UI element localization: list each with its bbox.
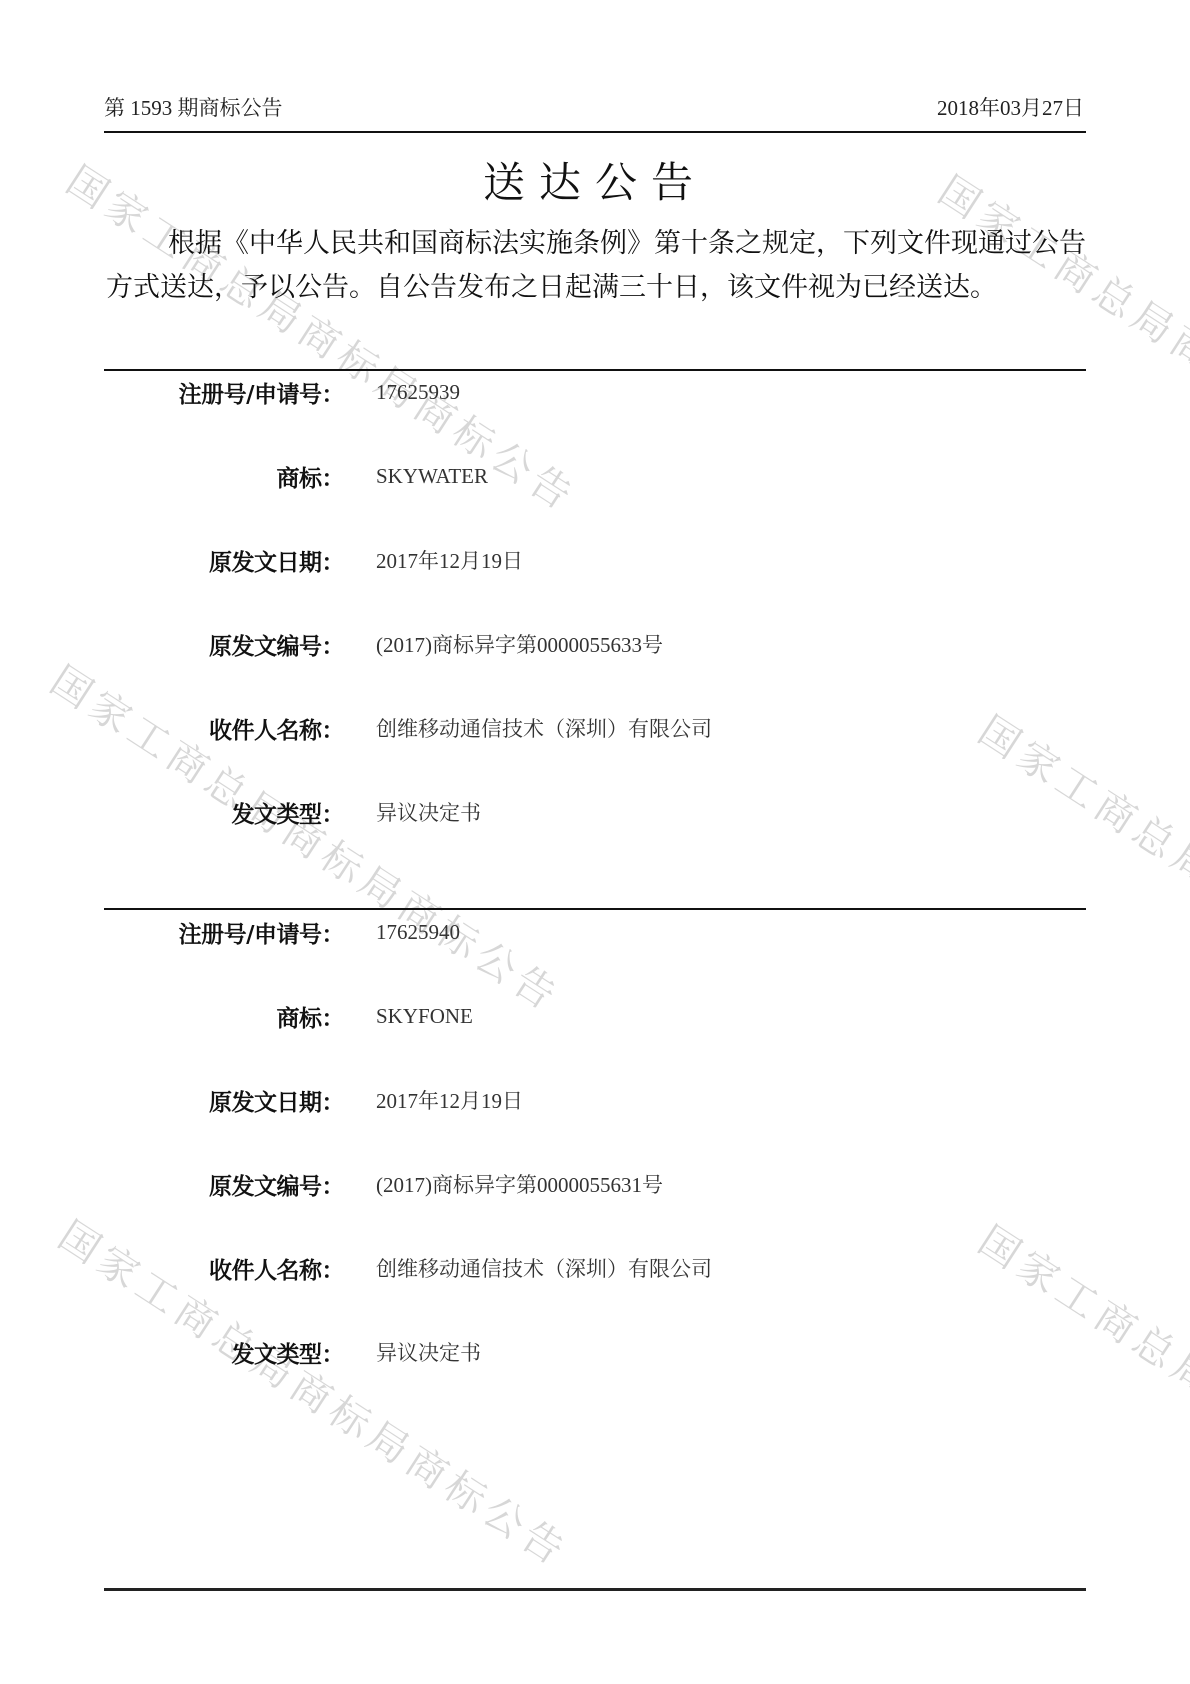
label-doc-type: 发文类型： [104,796,344,829]
label-recipient: 收件人名称： [104,1252,344,1285]
row-orig-date: 原发文日期： 2017年12月19日 [104,540,1086,580]
value-recipient: 创维移动通信技术（深圳）有限公司 [376,1253,712,1283]
value-doc-type: 异议决定书 [376,1337,481,1367]
intro-paragraph: 根据《中华人民共和国商标法实施条例》第十条之规定，下列文件现通过公告方式送达，予… [106,222,1086,310]
row-trademark: 商标： SKYWATER [104,456,1086,496]
issue-date: 2018年03月27日 [937,92,1084,122]
label-reg-no: 注册号/申请号： [104,376,344,409]
value-orig-no: (2017)商标异字第0000055631号 [376,1169,663,1199]
label-trademark: 商标： [104,460,344,493]
label-reg-no: 注册号/申请号： [104,916,344,949]
value-recipient: 创维移动通信技术（深圳）有限公司 [376,713,712,743]
row-reg-no: 注册号/申请号： 17625940 [104,912,1086,952]
label-orig-no: 原发文编号： [104,628,344,661]
row-recipient: 收件人名称： 创维移动通信技术（深圳）有限公司 [104,1248,1086,1288]
row-doc-type: 发文类型： 异议决定书 [104,792,1086,832]
footer-divider [104,1588,1086,1591]
label-trademark: 商标： [104,1000,344,1033]
section-divider [104,369,1086,371]
issue-number: 第 1593 期商标公告 [104,92,283,122]
row-orig-no: 原发文编号： (2017)商标异字第0000055631号 [104,1164,1086,1204]
header-divider [104,131,1086,133]
row-recipient: 收件人名称： 创维移动通信技术（深圳）有限公司 [104,708,1086,748]
row-reg-no: 注册号/申请号： 17625939 [104,372,1086,412]
value-reg-no: 17625940 [376,920,460,945]
value-orig-date: 2017年12月19日 [376,545,523,575]
value-trademark: SKYWATER [376,464,488,489]
row-trademark: 商标： SKYFONE [104,996,1086,1036]
label-doc-type: 发文类型： [104,1336,344,1369]
label-orig-date: 原发文日期： [104,544,344,577]
document-page: 国家工商总局商标局商标公告 国家工商总局商标局商标公告 国家工商总局商标局商标公… [0,0,1190,1684]
row-orig-date: 原发文日期： 2017年12月19日 [104,1080,1086,1120]
label-orig-no: 原发文编号： [104,1168,344,1201]
watermark: 国家工商总局商标局商标公告 [41,650,574,1023]
label-recipient: 收件人名称： [104,712,344,745]
value-orig-date: 2017年12月19日 [376,1085,523,1115]
value-orig-no: (2017)商标异字第0000055633号 [376,629,663,659]
row-orig-no: 原发文编号： (2017)商标异字第0000055633号 [104,624,1086,664]
label-orig-date: 原发文日期： [104,1084,344,1117]
section-divider [104,908,1086,910]
row-doc-type: 发文类型： 异议决定书 [104,1332,1086,1372]
value-trademark: SKYFONE [376,1004,473,1029]
value-doc-type: 异议决定书 [376,797,481,827]
value-reg-no: 17625939 [376,380,460,405]
page-title: 送达公告 [0,150,1190,210]
